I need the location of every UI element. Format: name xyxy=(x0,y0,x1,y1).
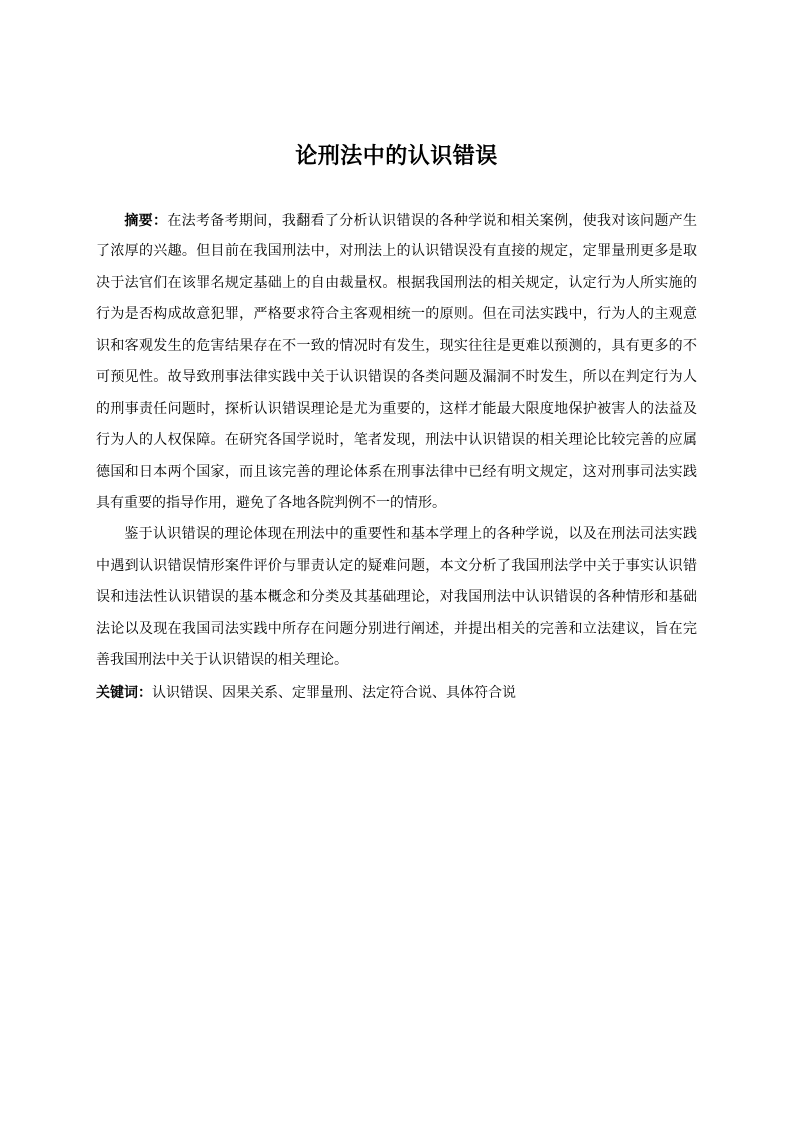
abstract-line-9: 德国和日本两个国家，而且该完善的理论体系在刑事法律中已经有明文规定，这对刑事司法… xyxy=(96,457,697,488)
abstract-line-1-text: 在法考备考期间，我翻看了分析认识错误的各种学说和相关案例，使我对该问题产生 xyxy=(167,214,697,229)
abstract-label: 摘要： xyxy=(124,212,167,228)
keywords-line: 关键词：认识错误、因果关系、定罪量刑、法定符合说、具体符合说 xyxy=(96,677,697,708)
document-body: 摘要：在法考备考期间，我翻看了分析认识错误的各种学说和相关案例，使我对该问题产生… xyxy=(96,205,697,708)
abstract-line-5: 识和客观发生的危害结果存在不一致的情况时有发生，现实往往是更难以预测的，具有更多… xyxy=(96,331,697,362)
paragraph2-line-1: 鉴于认识错误的理论体现在刑法中的重要性和基本学理上的各种学说，以及在刑法司法实践 xyxy=(96,519,697,550)
first-line-indent xyxy=(96,224,124,225)
document-title: 论刑法中的认识错误 xyxy=(0,141,793,171)
abstract-line-4: 行为是否构成故意犯罪，严格要求符合主客观相统一的原则。但在司法实践中，行为人的主… xyxy=(96,299,697,330)
abstract-line-3: 决于法官们在该罪名规定基础上的自由裁量权。根据我国刑法的相关规定，认定行为人所实… xyxy=(96,268,697,299)
keywords-label: 关键词： xyxy=(96,684,152,700)
abstract-line-6: 可预见性。故导致刑事法律实践中关于认识错误的各类问题及漏洞不时发生，所以在判定行… xyxy=(96,362,697,393)
document-page: 论刑法中的认识错误 摘要：在法考备考期间，我翻看了分析认识错误的各种学说和相关案… xyxy=(0,0,793,1122)
abstract-line-7: 的刑事责任问题时，探析认识错误理论是尤为重要的，这样才能最大限度地保护被害人的法… xyxy=(96,394,697,425)
keywords-text: 认识错误、因果关系、定罪量刑、法定符合说、具体符合说 xyxy=(152,686,516,701)
paragraph2-line-5: 善我国刑法中关于认识错误的相关理论。 xyxy=(96,645,697,676)
first-line-indent xyxy=(96,537,124,538)
abstract-line-10: 具有重要的指导作用，避免了各地各院判例不一的情形。 xyxy=(96,488,697,519)
paragraph2-line-2: 中遇到认识错误情形案件评价与罪责认定的疑难问题，本文分析了我国刑法学中关于事实认… xyxy=(96,551,697,582)
paragraph2-line-4: 法论以及现在我国司法实践中所存在问题分别进行阐述，并提出相关的完善和立法建议，旨… xyxy=(96,614,697,645)
paragraph2-line-3: 误和违法性认识错误的基本概念和分类及其基础理论，对我国刑法中认识错误的各种情形和… xyxy=(96,582,697,613)
abstract-line-2: 了浓厚的兴趣。但目前在我国刑法中，对刑法上的认识错误没有直接的规定，定罪量刑更多… xyxy=(96,236,697,267)
paragraph2-line-1-text: 鉴于认识错误的理论体现在刑法中的重要性和基本学理上的各种学说，以及在刑法司法实践 xyxy=(124,527,697,542)
abstract-line-8: 行为人的人权保障。在研究各国学说时，笔者发现，刑法中认识错误的相关理论比较完善的… xyxy=(96,425,697,456)
abstract-line-1: 摘要：在法考备考期间，我翻看了分析认识错误的各种学说和相关案例，使我对该问题产生 xyxy=(96,205,697,236)
